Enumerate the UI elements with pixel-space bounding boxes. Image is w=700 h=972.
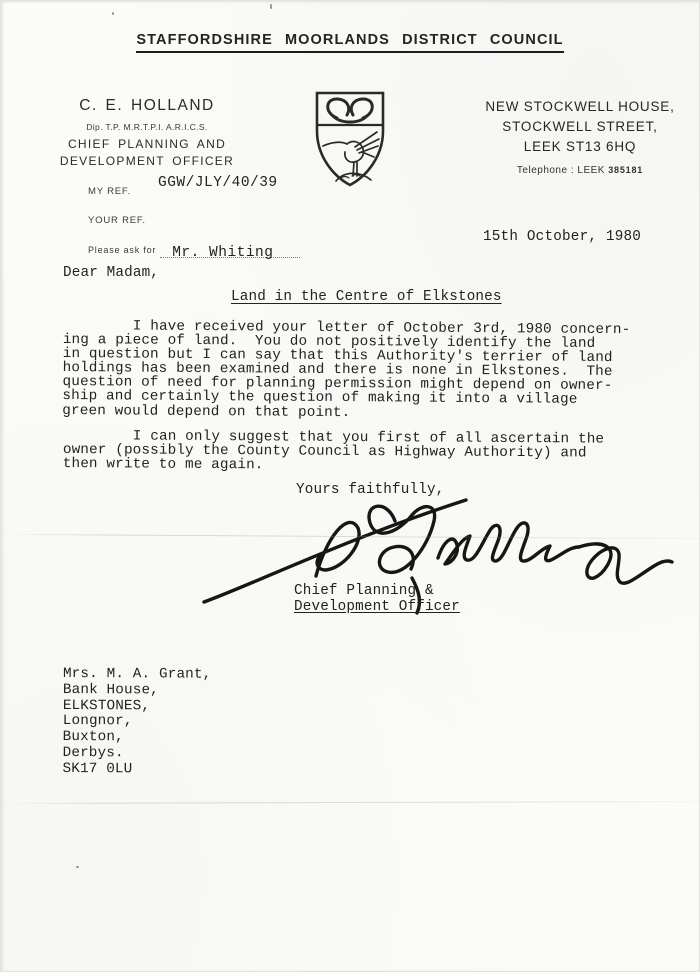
scan-speck bbox=[270, 4, 272, 9]
your-ref-label: YOUR REF. bbox=[88, 215, 146, 226]
subject-line: Land in the Centre of Elkstones bbox=[231, 290, 502, 304]
hq-address-block: NEW STOCKWELL HOUSE, STOCKWELL STREET, L… bbox=[455, 97, 700, 176]
ask-for-label: Please ask for bbox=[88, 245, 156, 255]
letter-date: 15th October, 1980 bbox=[483, 229, 641, 245]
moorland-bird-icon bbox=[323, 132, 379, 181]
council-name: STAFFORDSHIRE MOORLANDS DISTRICT COUNCIL bbox=[136, 32, 563, 53]
page-title: STAFFORDSHIRE MOORLANDS DISTRICT COUNCIL bbox=[0, 31, 700, 53]
ask-for-value: Mr. Whiting bbox=[160, 245, 273, 261]
your-ref-row: YOUR REF. bbox=[88, 210, 146, 228]
signatory-role: Chief Planning & Development Officer bbox=[294, 584, 460, 615]
my-ref-label: MY REF. bbox=[88, 186, 131, 197]
telephone-label: Telephone : LEEK bbox=[517, 165, 605, 176]
salutation: Dear Madam, bbox=[63, 266, 159, 280]
staffordshire-knot-icon bbox=[328, 99, 373, 122]
body-paragraph-1: I have received your letter of October 3… bbox=[62, 319, 663, 422]
signatory-role-line2: Development Officer bbox=[294, 600, 460, 616]
scan-speck bbox=[112, 12, 114, 15]
recipient-address: Mrs. M. A. Grant, Bank House, ELKSTONES,… bbox=[63, 667, 212, 778]
hq-address: NEW STOCKWELL HOUSE, STOCKWELL STREET, L… bbox=[455, 97, 700, 157]
paper-fold-crease bbox=[0, 801, 700, 804]
officer-qualifications: Dip. T.P. M.R.T.P.I. A.R.I.C.S. bbox=[52, 122, 242, 132]
officer-title-line2: DEVELOPMENT OFFICER bbox=[52, 154, 242, 168]
officer-name: C. E. HOLLAND bbox=[52, 97, 242, 115]
body-paragraph-2: I can only suggest that you first of all… bbox=[63, 429, 663, 475]
letter-page: STAFFORDSHIRE MOORLANDS DISTRICT COUNCIL… bbox=[0, 0, 700, 972]
telephone-number: 385181 bbox=[608, 165, 643, 175]
officer-title-line1: CHIEF PLANNING AND bbox=[52, 137, 242, 151]
telephone-line: Telephone : LEEK 385181 bbox=[455, 165, 700, 176]
please-ask-for-row: Please ask forMr. Whiting bbox=[88, 239, 300, 258]
officer-block: C. E. HOLLAND Dip. T.P. M.R.T.P.I. A.R.I… bbox=[52, 97, 242, 168]
scan-speck bbox=[76, 866, 79, 868]
signatory-role-line1: Chief Planning & bbox=[294, 584, 460, 600]
council-crest-icon bbox=[310, 89, 390, 189]
my-ref-value: GGW/JLY/40/39 bbox=[158, 175, 278, 191]
my-ref-row: MY REF. GGW/JLY/40/39 bbox=[88, 181, 131, 199]
